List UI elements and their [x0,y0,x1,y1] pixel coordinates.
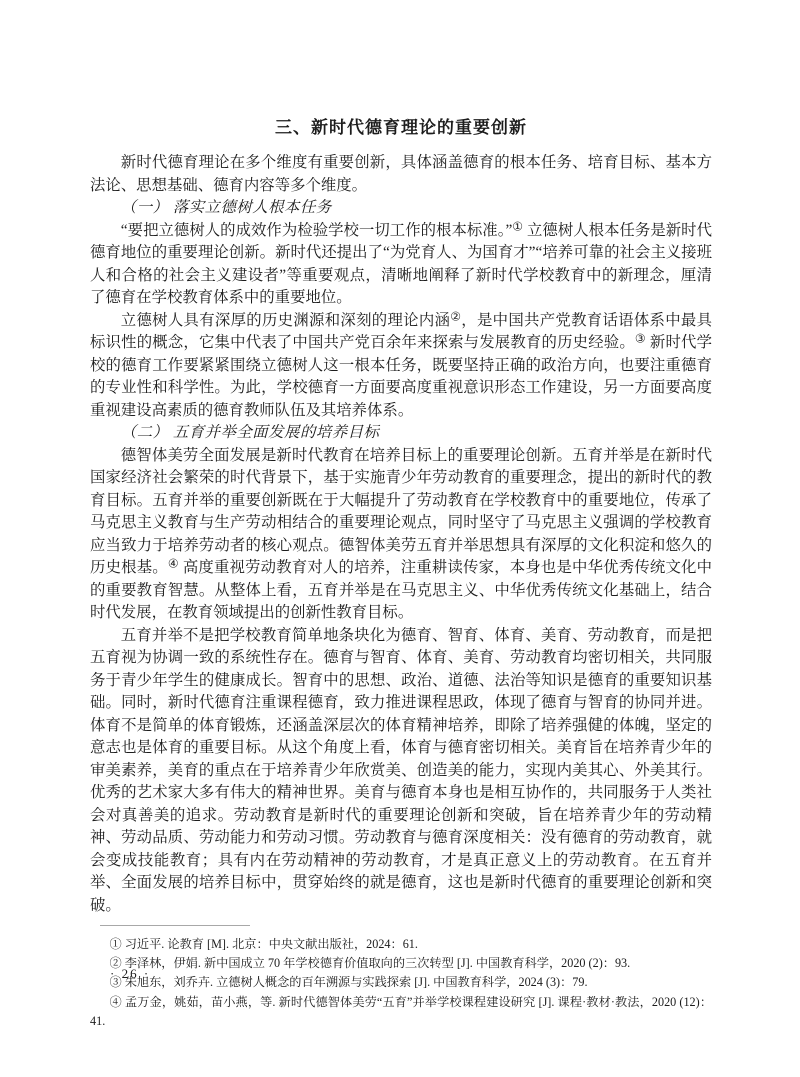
footnote-text: 李泽林，伊娟. 新中国成立 70 年学校德育价值取向的三次转型 [J]. 中国教… [122,956,630,970]
body-paragraph: “要把立德树人的成效作为检验学校一切工作的根本标准。”① 立德树人根本任务是新时… [90,220,712,310]
text-segment: “要把立德树人的成效作为检验学校一切工作的根本标准。” [121,222,512,239]
section-heading: （二） 五育并举全面发展的培养目标 [90,422,712,445]
body-paragraph: 立德树人具有深厚的历史渊源和深刻的理论内涵②，是中国共产党教育话语体系中最具标识… [90,310,712,423]
footnote: ① 习近平. 论教育 [M]. 北京：中央文献出版社，2024：61. [90,935,712,954]
footnote-text: 孟万金，姚茹，苗小燕，等. 新时代德智体美劳“五育”并举学校课程建设研究 [J]… [90,995,712,1028]
page-title: 三、新时代德育理论的重要创新 [90,116,712,140]
footnote-text: 朱旭东，刘乔卉. 立德树人概念的百年溯源与实践探索 [J]. 中国教育科学，20… [122,975,588,989]
paragraphs: 新时代德育理论在多个维度有重要创新，具体涵盖德育的根本任务、培育目标、基本方法论… [90,152,712,917]
footnote-reference: ③ [635,331,646,345]
text-segment: 新时代德育理论在多个维度有重要创新，具体涵盖德育的根本任务、培育目标、基本方法论… [90,154,712,194]
footnotes: ① 习近平. 论教育 [M]. 北京：中央文献出版社，2024：61.② 李泽林… [90,935,712,1031]
footnote-reference: ② [450,309,461,323]
body-paragraph: 新时代德育理论在多个维度有重要创新，具体涵盖德育的根本任务、培育目标、基本方法论… [90,152,712,197]
footnote: ③ 朱旭东，刘乔卉. 立德树人概念的百年溯源与实践探索 [J]. 中国教育科学，… [90,973,712,992]
footnote-marker: ① [110,937,122,951]
footnote-reference: ① [512,219,523,233]
document-page: 三、新时代德育理论的重要创新 新时代德育理论在多个维度有重要创新，具体涵盖德育的… [0,0,800,1077]
text-block: 三、新时代德育理论的重要创新 新时代德育理论在多个维度有重要创新，具体涵盖德育的… [90,116,712,1031]
text-segment: 五育并举不是把学校教育简单地条块化为德育、智育、体育、美育、劳动教育，而是把五育… [90,627,712,914]
footnote-text: 习近平. 论教育 [M]. 北京：中央文献出版社，2024：61. [122,937,418,951]
footnote: ② 李泽林，伊娟. 新中国成立 70 年学校德育价值取向的三次转型 [J]. 中… [90,954,712,973]
text-segment: （一） 落实立德树人根本任务 [121,199,332,216]
body-paragraph: 五育并举不是把学校教育简单地条块化为德育、智育、体育、美育、劳动教育，而是把五育… [90,625,712,918]
body-paragraph: 德智体美劳全面发展是新时代教育在培养目标上的重要理论创新。五育并举是在新时代国家… [90,445,712,625]
text-segment: 立德树人具有深厚的历史渊源和深刻的理论内涵 [121,312,450,329]
section-heading: （一） 落实立德树人根本任务 [90,197,712,220]
footnote: ④ 孟万金，姚茹，苗小燕，等. 新时代德智体美劳“五育”并举学校课程建设研究 [… [90,993,712,1031]
footnote-divider [100,925,250,926]
footnote-reference: ④ [168,556,179,570]
footnote-marker: ④ [110,995,122,1009]
text-segment: 高度重视劳动教育对人的培养，注重耕读传家，本身也是中华优秀传统文化中的重要教育智… [90,559,712,621]
text-segment: 德智体美劳全面发展是新时代教育在培养目标上的重要理论创新。五育并举是在新时代国家… [90,447,712,577]
text-segment: （二） 五育并举全面发展的培养目标 [121,424,380,441]
page-number: · 26 · [110,966,150,982]
footnotes-section: ① 习近平. 论教育 [M]. 北京：中央文献出版社，2024：61.② 李泽林… [90,925,712,1031]
